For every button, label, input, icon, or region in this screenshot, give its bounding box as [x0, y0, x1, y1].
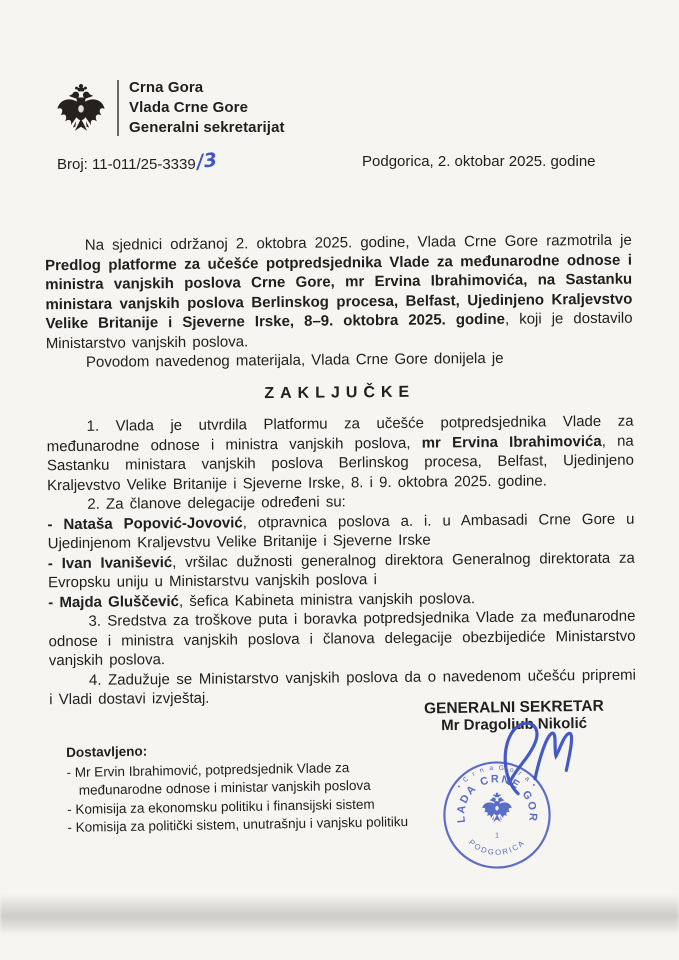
delegate-dash: -: [48, 555, 62, 572]
distribution-block: Dostavljeno: - Mr Ervin Ibrahimović, pot…: [66, 738, 424, 838]
delegate-name: Nataša Popović-Jovović: [63, 514, 242, 533]
org-line-government: Vlada Crne Gore: [129, 98, 285, 118]
stamp-bottom-textpath: PODGORICA: [467, 838, 527, 857]
delegate-item: - Ivan Ivanišević, vršilac dužnosti gene…: [48, 548, 635, 593]
org-line-country: Crna Gora: [129, 78, 285, 98]
document-number-handwritten-suffix: /3: [195, 149, 218, 173]
paragraph-intro: Na sjednici održanoj 2. oktobra 2025. go…: [45, 231, 633, 354]
letterhead-divider: [117, 80, 119, 136]
stamp-center-number: 1: [495, 831, 499, 840]
coat-of-arms-icon: [55, 76, 107, 140]
document-number: Broj: 11-011/25-3339/3: [57, 152, 217, 174]
distribution-item: - Mr Ervin Ibrahimović, potpredsjednik V…: [66, 758, 391, 801]
document-page: Crna Gora Vlada Crne Gore Generalni sekr…: [0, 0, 679, 960]
org-line-secretariat: Generalni sekretarijat: [129, 118, 285, 138]
secretary-title: GENERALNI SEKRETAR: [404, 697, 624, 717]
org-lines: Crna Gora Vlada Crne Gore Generalni sekr…: [129, 78, 285, 138]
delegate-item: - Nataša Popović-Jovović, otpravnica pos…: [47, 509, 634, 554]
conclusion-item-1: 1. Vlada je utvrdila Platformu za učešće…: [46, 412, 634, 496]
delegate-dash: -: [48, 594, 59, 611]
conclusions-heading: ZAKLJUČKE: [46, 380, 633, 405]
document-number-text: Broj: 11-011/25-3339: [57, 156, 196, 173]
conclusion-item-3: 3. Sredstva za troškove puta i boravka p…: [48, 607, 636, 671]
handwritten-signature-icon: [487, 715, 591, 812]
stamp-bottom-text: PODGORICA: [467, 838, 527, 857]
delegate-name: Majda Gluščević: [59, 592, 179, 610]
conclusion-item-1-name-bold: mr Ervina Ibrahimovića: [422, 432, 602, 451]
document-body: Na sjednici održanoj 2. oktobra 2025. go…: [45, 231, 637, 710]
delegate-dash: -: [47, 516, 63, 533]
scan-shadow: [0, 894, 679, 932]
paragraph-intro-lead: Na sjednici održanoj 2. oktobra 2025. go…: [85, 232, 632, 254]
delegate-name: Ivan Ivanišević: [62, 554, 173, 572]
letterhead: Crna Gora Vlada Crne Gore Generalni sekr…: [55, 76, 285, 140]
delegate-role: , šefica Kabineta ministra vanjskih posl…: [179, 590, 475, 610]
place-date: Podgorica, 2. oktobar 2025. godine: [362, 153, 596, 170]
